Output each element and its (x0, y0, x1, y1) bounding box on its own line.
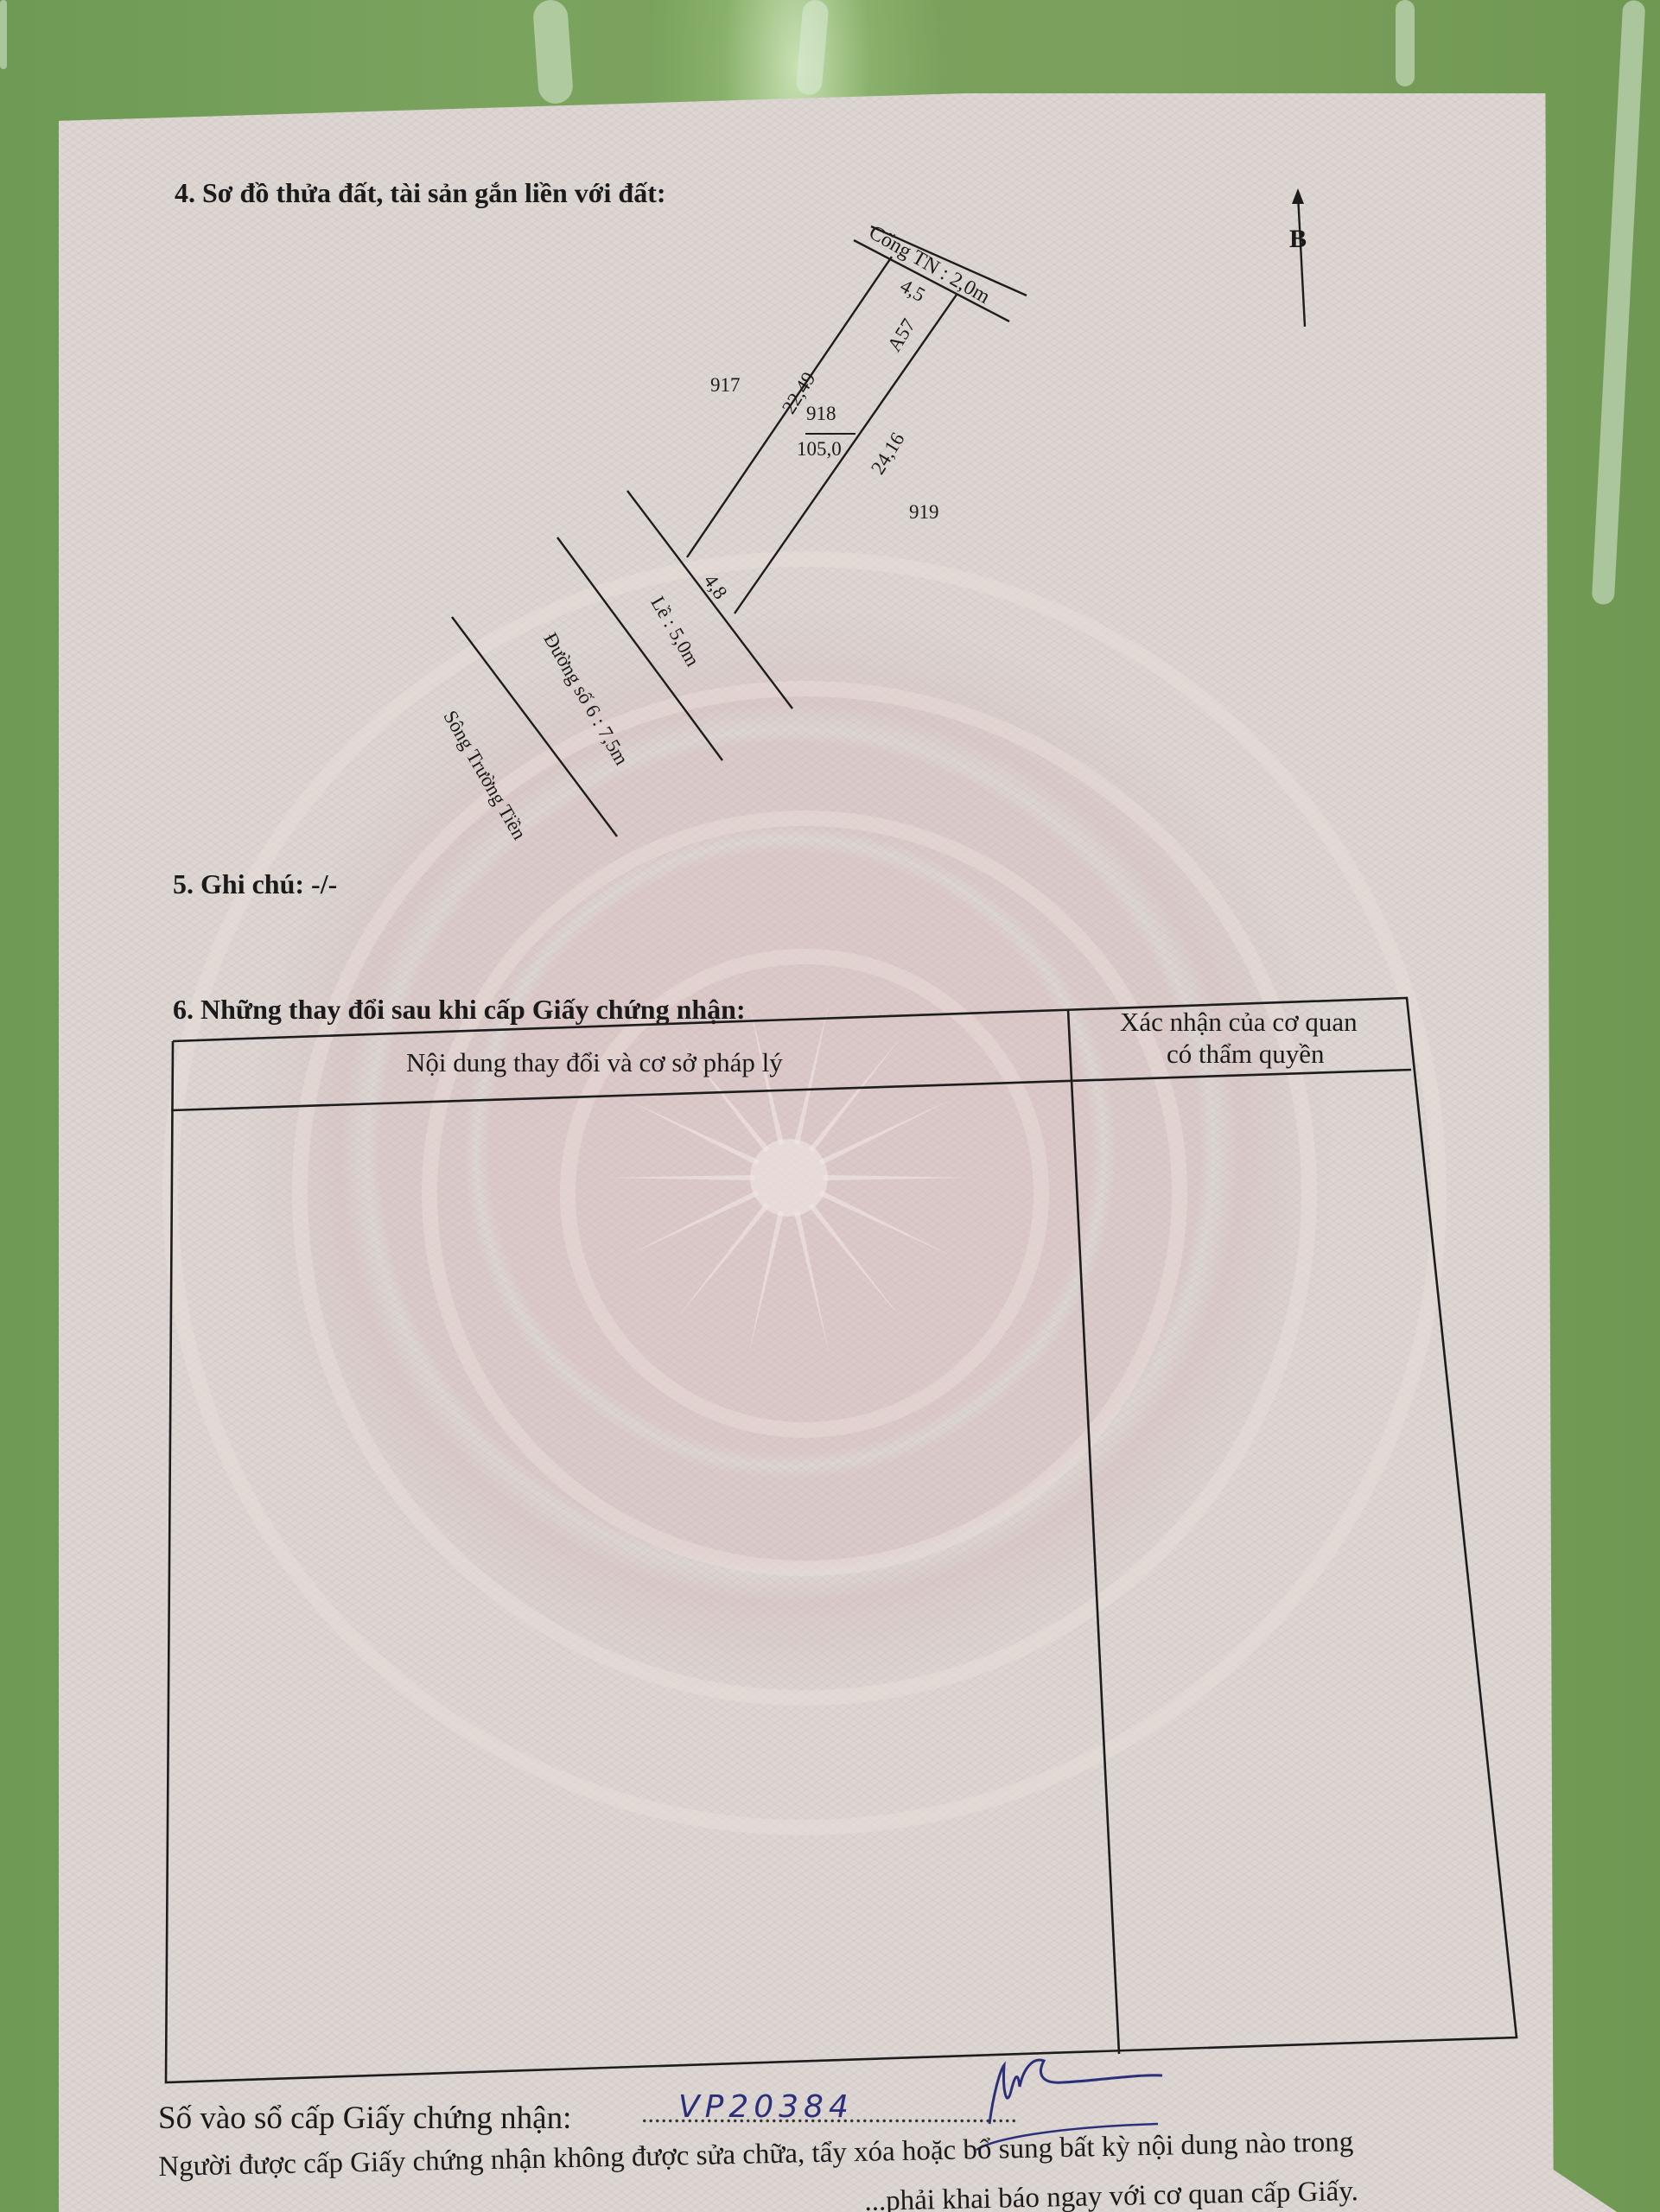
signature-icon (0, 0, 1660, 2212)
